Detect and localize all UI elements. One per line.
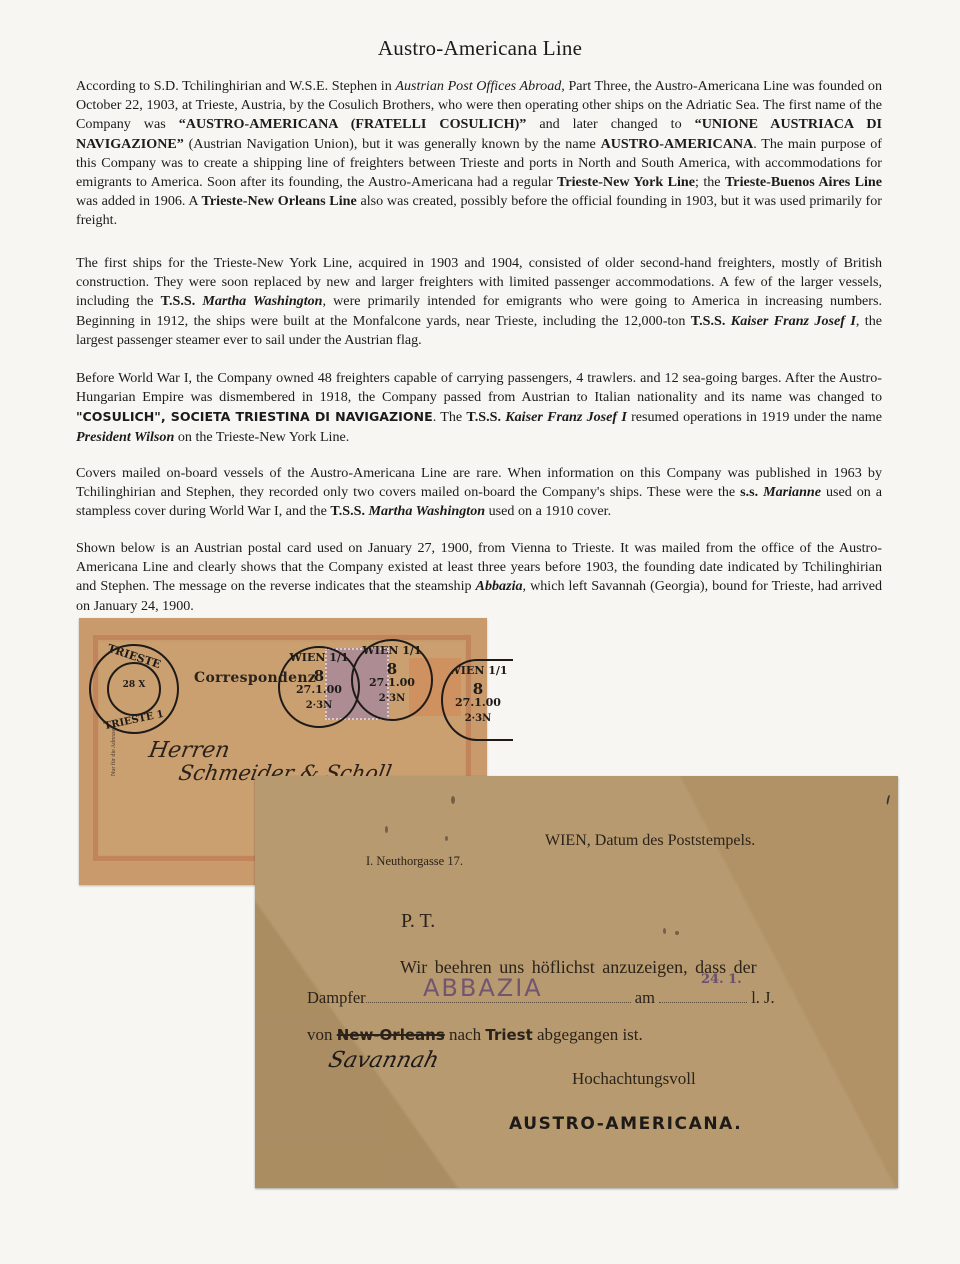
postmark-text: WIEN 1/1 — [280, 651, 358, 664]
ship-name: Marianne — [763, 484, 821, 500]
ship-name: Kaiser Franz Josef I — [731, 313, 856, 329]
postmark-wien: WIEN 1/1 8 27.1.00 2·3N — [441, 659, 513, 741]
postmark-wien: WIEN 1/1 8 27.1.00 2·3N — [351, 639, 433, 721]
paragraph-postal-card: Shown below is an Austrian postal card u… — [76, 539, 882, 616]
ink-speck — [675, 931, 679, 935]
paragraph-covers: Covers mailed on-board vessels of the Au… — [76, 464, 882, 522]
ship-name: President Wilson — [76, 429, 174, 445]
ship-prefix: s.s. — [740, 484, 763, 500]
label: am — [635, 988, 655, 1007]
paragraph-ships: The first ships for the Trieste-New York… — [76, 254, 882, 350]
text: used on a 1910 cover. — [485, 503, 611, 519]
ship-name: Abbazia — [476, 578, 523, 594]
text: on the Trieste-New York Line. — [174, 429, 349, 445]
company-name: "COSULICH", SOCIETA TRIESTINA DI NAVIGAZ… — [76, 409, 433, 424]
postmark-text: WIEN 1/1 — [443, 664, 513, 677]
ink-speck — [385, 826, 388, 833]
postmark-date: 27.1.00 — [443, 696, 513, 709]
postmark-wien: WIEN 1/1 8 27.1.00 2·3N — [278, 646, 360, 728]
address-line: Herren — [147, 738, 232, 763]
text: According to S.D. Tchilinghirian and W.S… — [76, 78, 395, 94]
sender-street: I. Neuthorgasse 17. — [366, 854, 463, 869]
sender-city: WIEN, Datum des Poststempels. — [545, 832, 755, 850]
paragraph-history: According to S.D. Tchilinghirian and W.S… — [76, 77, 882, 231]
paragraph-wwi: Before World War I, the Company owned 48… — [76, 369, 882, 447]
text: and later changed to — [526, 116, 694, 132]
page-title: Austro-Americana Line — [0, 36, 960, 61]
text: ; the — [695, 174, 725, 190]
line-name: Trieste-Buenos Aires Line — [725, 174, 882, 190]
ship-name-stamp: ABBAZIA — [423, 974, 543, 1002]
text: Before World War I, the Company owned 48… — [76, 370, 882, 405]
line-name: Trieste-New York Line — [557, 174, 695, 190]
ship-name: Martha Washington — [202, 293, 322, 309]
struck-origin: New-Orleans — [337, 1026, 445, 1044]
label: Dampfer — [307, 988, 366, 1007]
ink-speck — [451, 796, 455, 804]
text: . The — [433, 409, 467, 425]
destination: Triest — [485, 1026, 532, 1044]
handwritten-origin: Savannah — [326, 1048, 442, 1073]
ink-speck — [445, 836, 448, 841]
book-title: Austrian Post Offices Abroad — [395, 78, 561, 94]
ship-prefix: T.S.S. — [466, 409, 505, 425]
closing: Hochachtungsvoll — [572, 1069, 696, 1089]
ship-prefix: T.S.S. — [161, 293, 203, 309]
text: was added in 1906. A — [76, 193, 202, 209]
ship-name: Kaiser Franz Josef I — [505, 409, 627, 425]
ink-speck — [663, 928, 666, 934]
ship-name: Martha Washington — [369, 503, 486, 519]
postmark-date: 27.1.00 — [280, 683, 358, 696]
company-name: AUSTRO-AMERICANA — [601, 136, 754, 152]
signature: AUSTRO-AMERICANA. — [509, 1114, 742, 1134]
postmark-text: WIEN 1/1 — [353, 644, 431, 657]
postmark-time: 2·3N — [280, 700, 358, 711]
date-stamp: 24. 1. — [701, 972, 742, 987]
dotted-line — [659, 988, 747, 1003]
text: (Austrian Navigation Union), but it was … — [184, 136, 601, 152]
ship-prefix: T.S.S. — [330, 503, 368, 519]
ship-prefix: T.S.S. — [691, 313, 731, 329]
postmark-date: 27.1.00 — [353, 676, 431, 689]
label: nach — [449, 1025, 481, 1044]
salutation: P. T. — [401, 910, 435, 933]
company-name: “AUSTRO-AMERICANA (FRATELLI COSULICH)” — [179, 116, 527, 132]
postmark-time: 2·3N — [353, 693, 431, 704]
label: von — [307, 1025, 333, 1044]
postmark-time: 2·3N — [443, 713, 513, 724]
label: abgegangen ist. — [537, 1025, 643, 1044]
line-name: Trieste-New Orleans Line — [202, 193, 357, 209]
label: l. J. — [751, 988, 774, 1007]
text: resumed operations in 1919 under the nam… — [627, 409, 882, 425]
side-print: Nur für die Adresse — [111, 729, 117, 776]
route-row: von New-Orleans nach Triest abgegangen i… — [307, 1025, 643, 1045]
postmark-trieste: TRIESTE 28 X TRIESTE 1 — [89, 644, 179, 734]
postal-card-reverse: WIEN, Datum des Poststempels. I. Neuthor… — [255, 776, 898, 1188]
postmark-date: 28 X — [91, 680, 177, 690]
